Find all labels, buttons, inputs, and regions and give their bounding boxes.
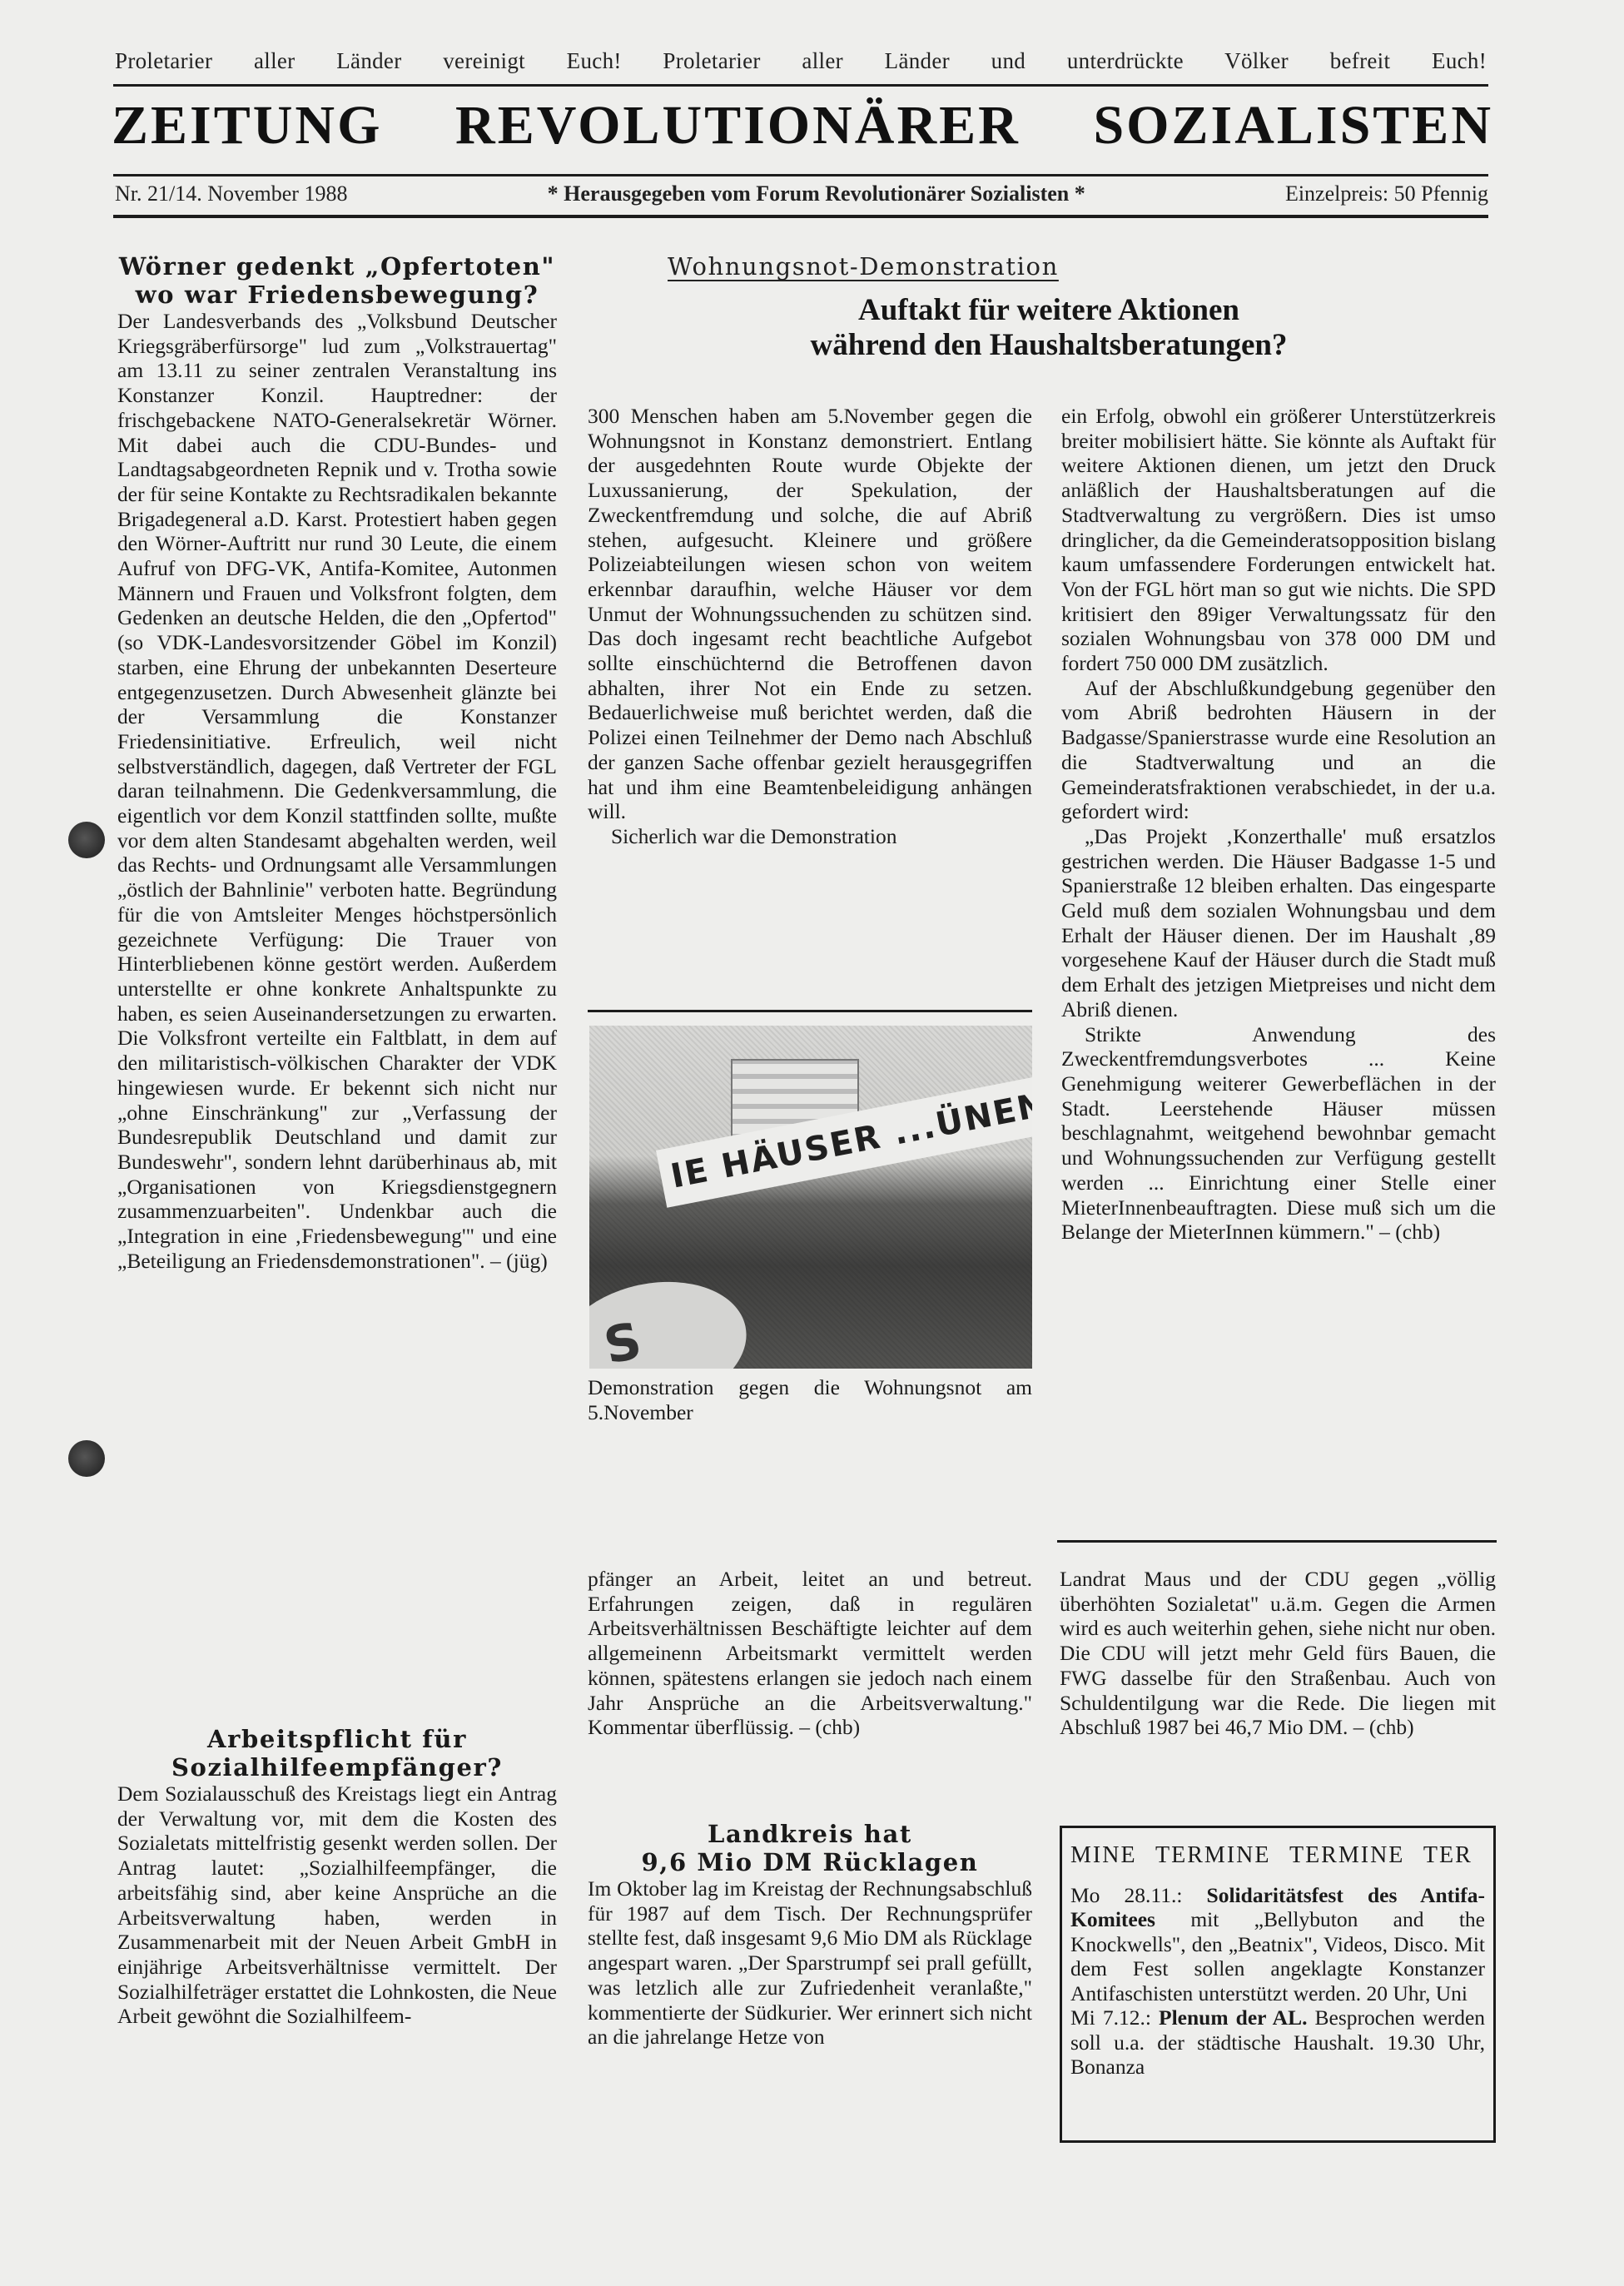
masthead-subline: Nr. 21/14. November 1988 * Herausgegeben…: [115, 181, 1488, 206]
masthead-rule-bottom: [113, 215, 1488, 218]
article-body: ein Erfolg, obwohl ein größerer Unterstü…: [1061, 404, 1496, 676]
event-title: Plenum der AL.: [1159, 2005, 1307, 2030]
newspaper-page: Proletarier aller Länder vereinigt Euch!…: [0, 0, 1624, 2286]
newspaper-title: ZEITUNG REVOLUTIONÄRER SOZIALISTEN: [112, 98, 1493, 153]
article-demo-headline: Auftakt für weitere Aktionen während den…: [733, 293, 1365, 363]
article-headline: 9,6 Mio DM Rücklagen: [588, 1848, 1032, 1876]
article-headline: Arbeitspflicht für: [117, 1725, 557, 1753]
headline-line: während den Haushaltsberatungen?: [733, 328, 1365, 363]
issue-price: Einzelpreis: 50 Pfennig: [1285, 181, 1488, 206]
event-date: Mi 7.12.:: [1070, 2005, 1151, 2030]
article-body: pfänger an Arbeit, leitet an und betreut…: [588, 1567, 1032, 1740]
article-body: Sicherlich war die Demonstration: [588, 824, 1032, 849]
photo-caption: Demonstration gegen die Wohnungsnot am 5…: [588, 1375, 1032, 1424]
article-body: Dem Sozialausschuß des Kreistags liegt e…: [117, 1782, 557, 2029]
photo-flag: S: [589, 1265, 758, 1369]
headline-line: Auftakt für weitere Aktionen: [733, 293, 1365, 328]
punch-hole-icon: [68, 822, 105, 858]
article-headline: Sozialhilfeempfänger?: [117, 1753, 557, 1782]
masthead-rule-top: [113, 84, 1488, 87]
article-arbeitspflicht-continued: pfänger an Arbeit, leitet an und betreut…: [588, 1567, 1032, 1740]
article-headline: Landkreis hat: [588, 1820, 1032, 1848]
events-header: MINE TERMINE TERMINE TER: [1070, 1843, 1485, 1868]
article-body: „Das Projekt ‚Konzerthalle' muß ersatzlo…: [1061, 824, 1496, 1022]
article-headline: wo war Friedensbewegung?: [117, 281, 557, 309]
article-demo-column-1: 300 Menschen haben am 5.November gegen d…: [588, 404, 1032, 849]
section-rule: [1057, 1540, 1497, 1543]
article-kicker: Wohnungsnot-Demonstration: [668, 252, 1059, 281]
article-body: Auf der Abschlußkundgebung gegenüber den…: [1061, 676, 1496, 824]
masthead-slogan: Proletarier aller Länder vereinigt Euch!…: [115, 48, 1487, 74]
article-body: Landrat Maus und der CDU gegen „völlig ü…: [1060, 1567, 1496, 1740]
publisher-line: * Herausgegeben vom Forum Revolutionärer…: [548, 181, 1085, 206]
article-landkreis: Landkreis hat 9,6 Mio DM Rücklagen Im Ok…: [588, 1820, 1032, 2050]
event-item: Mo 28.11.: Solidaritätsfest des Antifa-K…: [1070, 1883, 1485, 2006]
issue-number-date: Nr. 21/14. November 1988: [115, 181, 347, 206]
event-date: Mo 28.11.:: [1070, 1883, 1182, 1907]
article-arbeitspflicht: Arbeitspflicht für Sozialhilfeempfänger?…: [117, 1725, 557, 2029]
demonstration-photo: IE HÄUSER ...ÜNEN . DIE BRI S: [589, 1026, 1032, 1369]
events-box: MINE TERMINE TERMINE TER Mo 28.11.: Soli…: [1060, 1826, 1496, 2143]
masthead-rule-middle: [113, 174, 1488, 176]
article-body: Im Oktober lag im Kreistag der Rechnungs…: [588, 1876, 1032, 2050]
article-body: Der Landesverbands des „Volksbund Deutsc…: [117, 309, 557, 1273]
article-landkreis-continued: Landrat Maus und der CDU gegen „völlig ü…: [1060, 1567, 1496, 1740]
article-body: Strikte Anwendung des Zweckentfremdungsv…: [1061, 1022, 1496, 1245]
article-body: 300 Menschen haben am 5.November gegen d…: [588, 404, 1032, 824]
article-headline: Wörner gedenkt „Opfertoten": [117, 252, 557, 281]
article-woerner: Wörner gedenkt „Opfertoten" wo war Fried…: [117, 252, 557, 1273]
photo-rule: [588, 1010, 1032, 1012]
event-item: Mi 7.12.: Plenum der AL. Besprochen werd…: [1070, 2005, 1485, 2080]
article-demo-column-2: ein Erfolg, obwohl ein größerer Unterstü…: [1061, 404, 1496, 1245]
punch-hole-icon: [68, 1440, 105, 1477]
